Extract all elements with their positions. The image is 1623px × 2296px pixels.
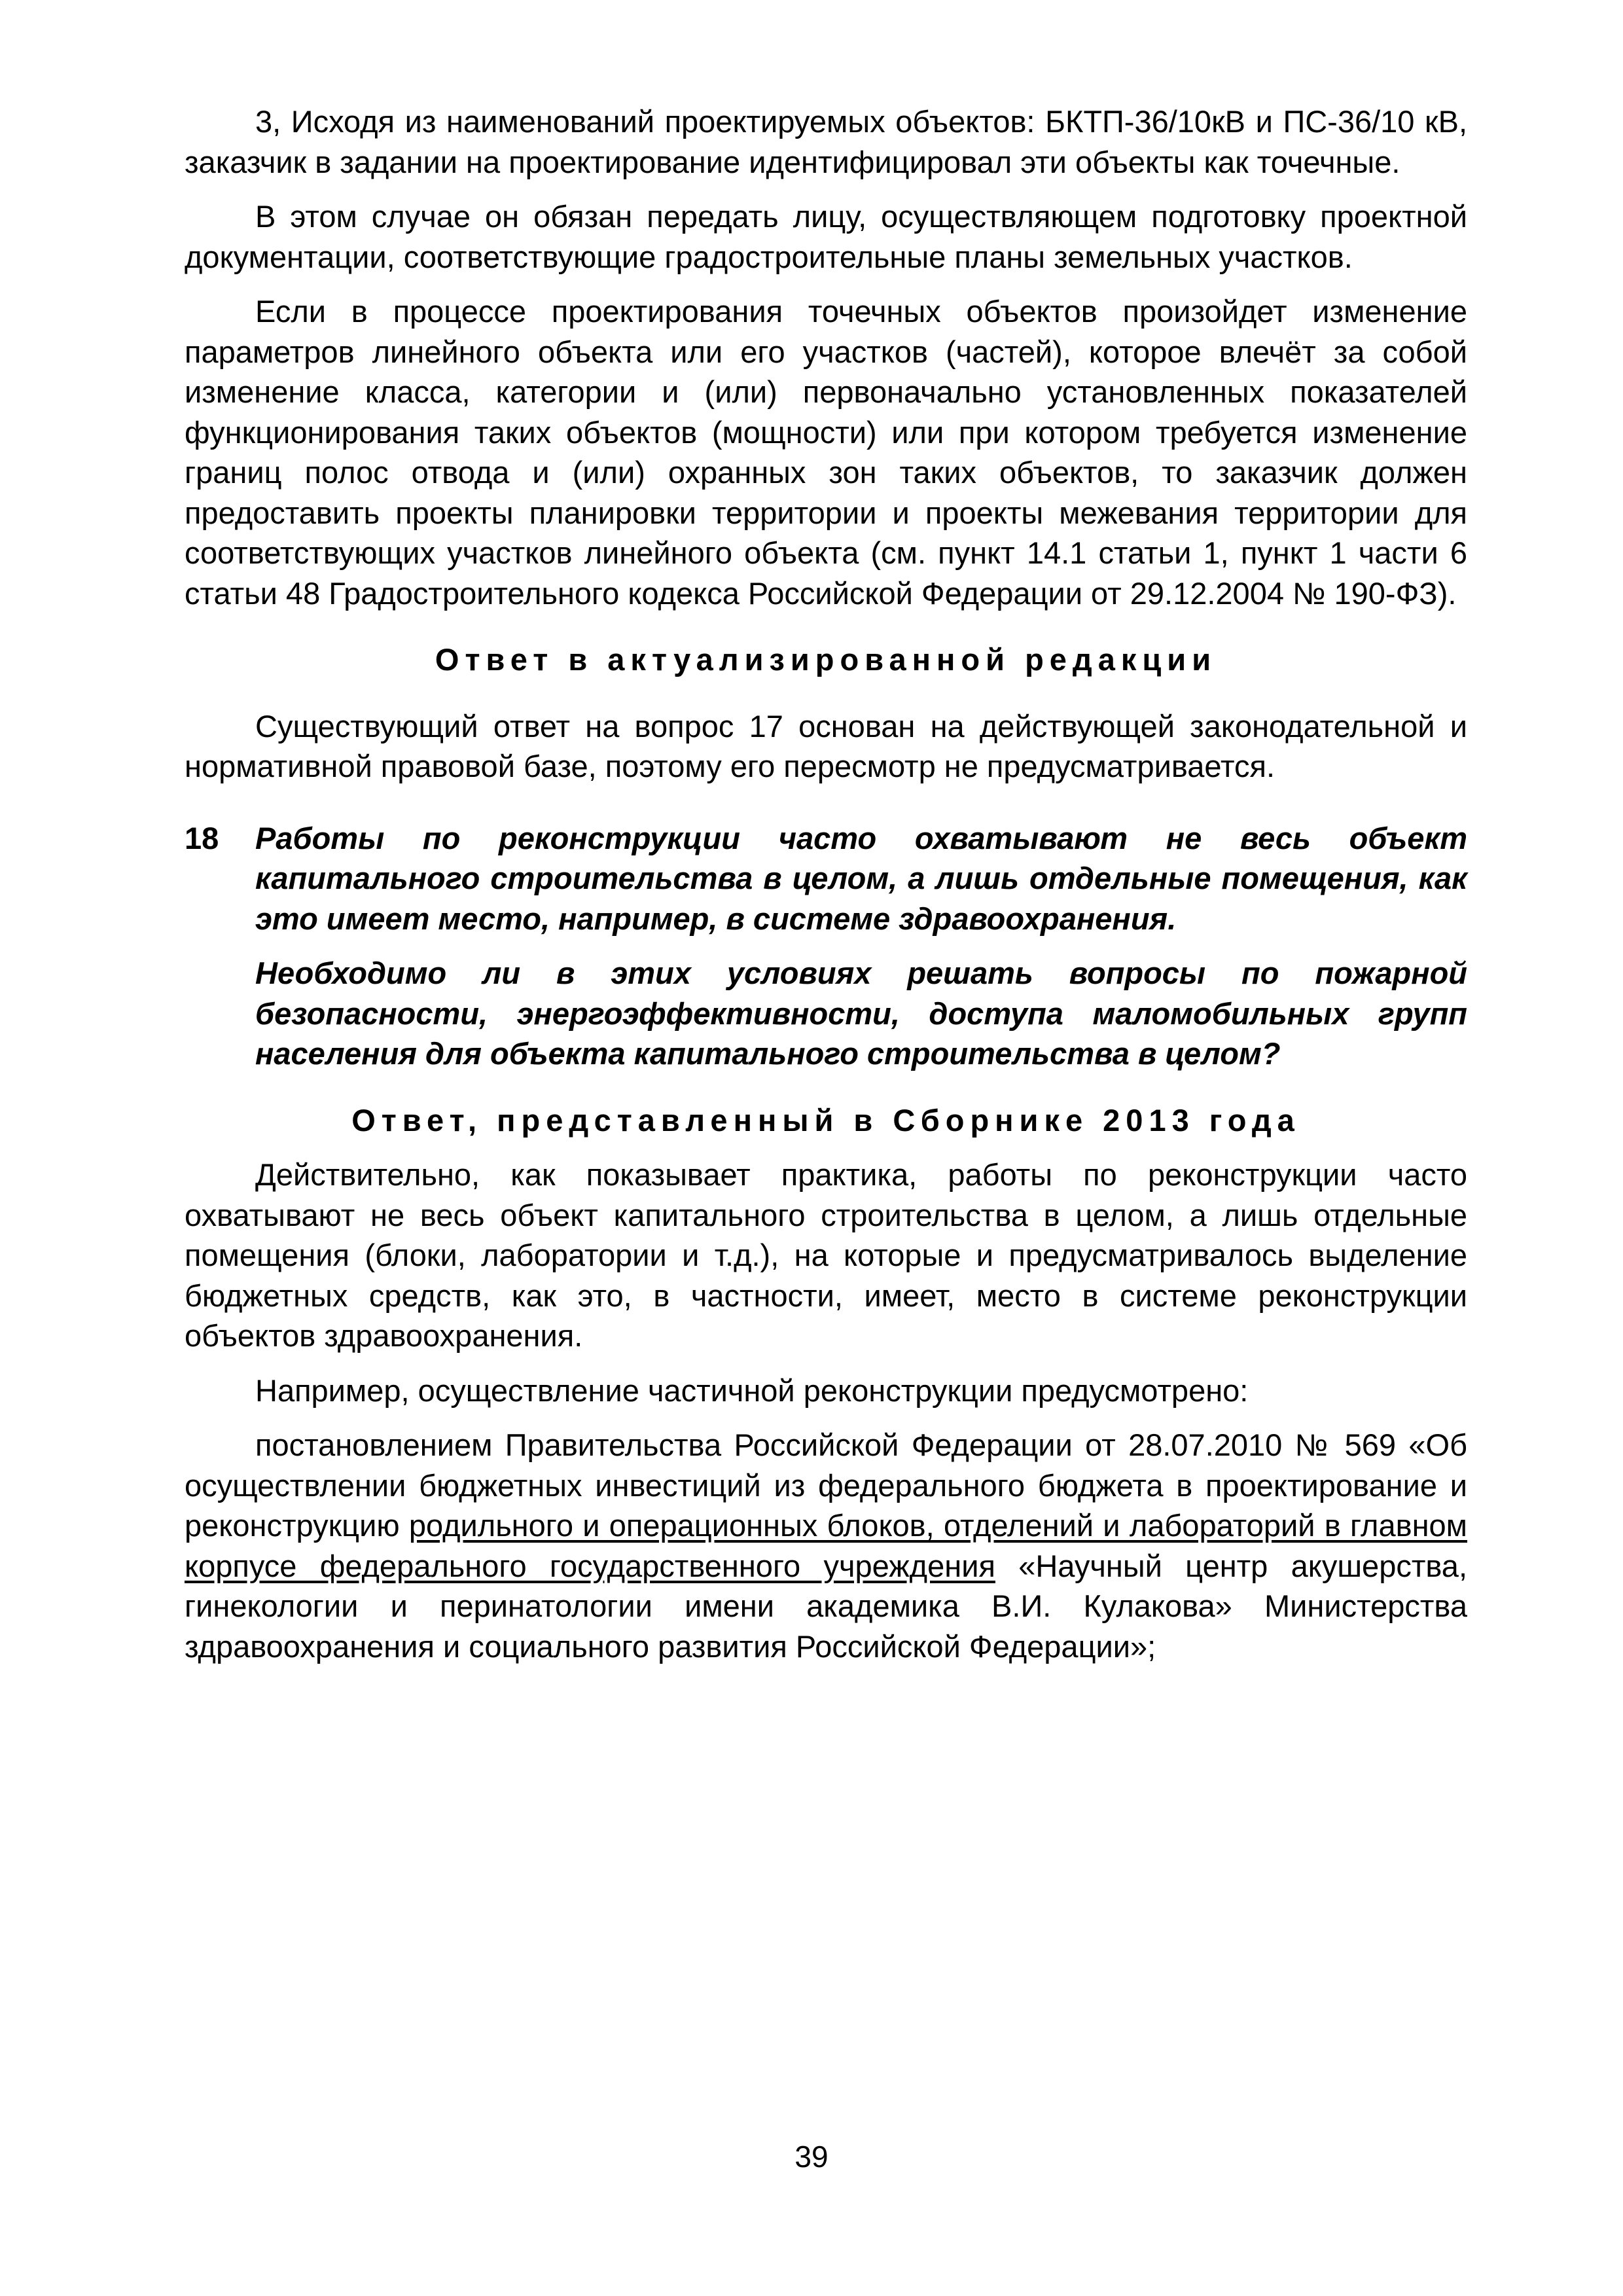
paragraph-point-3: 3, Исходя из наименований проектируемых … [185, 101, 1467, 182]
page-number: 39 [0, 2139, 1623, 2174]
question-number: 18 [185, 818, 255, 1074]
paragraph-linear-object: Если в процессе проектирования точечных … [185, 291, 1467, 613]
section-heading-2013: Ответ, представленный в Сборнике 2013 го… [185, 1100, 1467, 1141]
paragraph-answer-2013-2: Например, осуществление частичной реконс… [185, 1371, 1467, 1411]
question-18: 18 Работы по реконструкции часто охватыв… [185, 818, 1467, 1074]
paragraph-updated-answer: Существующий ответ на вопрос 17 основан … [185, 706, 1467, 787]
paragraph-resolution-569: постановлением Правительства Российской … [185, 1425, 1467, 1666]
paragraph-obligation: В этом случае он обязан передать лицу, о… [185, 196, 1467, 277]
question-text-part-1: Работы по реконструкции часто охватывают… [255, 818, 1467, 939]
question-text-part-2: Необходимо ли в этих условиях решать воп… [255, 953, 1467, 1074]
question-text: Работы по реконструкции часто охватывают… [255, 818, 1467, 1074]
section-heading-updated: Ответ в актуализированной редакции [185, 639, 1467, 680]
paragraph-answer-2013-1: Действительно, как показывает практика, … [185, 1155, 1467, 1356]
document-page: 3, Исходя из наименований проектируемых … [185, 101, 1467, 1666]
